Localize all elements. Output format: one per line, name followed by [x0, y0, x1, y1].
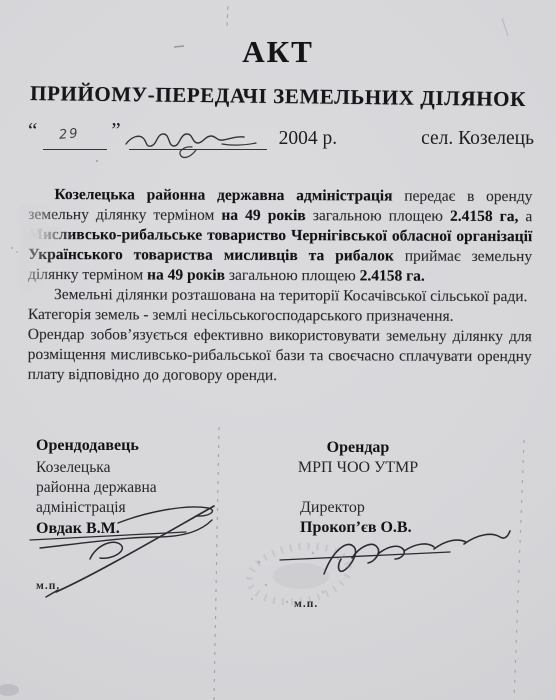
paragraph-lessee-obligations: Орендар зобов’язується ефективно викорис… [28, 325, 532, 387]
lessor-org-line: Козелецька [36, 458, 221, 478]
month-blank-field [129, 123, 267, 150]
lessee-name: Прокоп’єв О.В. [280, 518, 436, 538]
date-line: “ 29 ” 2004 р. сел. Козелець [28, 118, 534, 150]
lessee-seal-label: м.п. [294, 598, 318, 610]
document-subtitle: ПРИЙОМУ-ПЕРЕДАЧІ ЗЕМЕЛЬНИХ ДІЛЯНОК [0, 81, 556, 113]
paragraph-transfer-terms: Козелецька районна державна адміністраці… [28, 185, 532, 287]
lessee-org: МРП ЧОО УТМР [280, 458, 436, 478]
lessor-role: Орендодавець [36, 436, 221, 456]
lessor-name: Овдак В.М. [36, 519, 221, 539]
document-title: АКТ [0, 34, 556, 70]
year-text: 2004 р. [279, 128, 338, 150]
lessee-signature-block: Орендар МРП ЧОО УТМР Директор Прокоп’єв … [280, 438, 436, 538]
close-quote: ” [111, 120, 120, 141]
place-text: сел. Козелець [421, 128, 534, 150]
document-body: Козелецька районна державна адміністраці… [28, 185, 533, 387]
lessor-org-line: адміністрація [36, 498, 221, 518]
lessor-seal-label: м.п. [36, 580, 60, 592]
lessor-org-line: районна державна [36, 478, 221, 498]
scanned-document-page: АКТ ПРИЙОМУ-ПЕРЕДАЧІ ЗЕМЕЛЬНИХ ДІЛЯНОК “… [0, 0, 556, 700]
open-quote: “ [28, 120, 37, 141]
paragraph-land-category: Категорія земель - землі несільськогоспо… [28, 305, 532, 327]
lessee-position: Директор [280, 498, 436, 518]
lessor-signature-block: Орендодавець Козелецька районна державна… [36, 436, 221, 539]
day-blank-field: 29 [43, 123, 107, 150]
paragraph-location: Земельні ділянки розташована на територі… [28, 285, 532, 307]
handwritten-day: 29 [59, 126, 81, 143]
lessee-role: Орендар [280, 438, 436, 458]
